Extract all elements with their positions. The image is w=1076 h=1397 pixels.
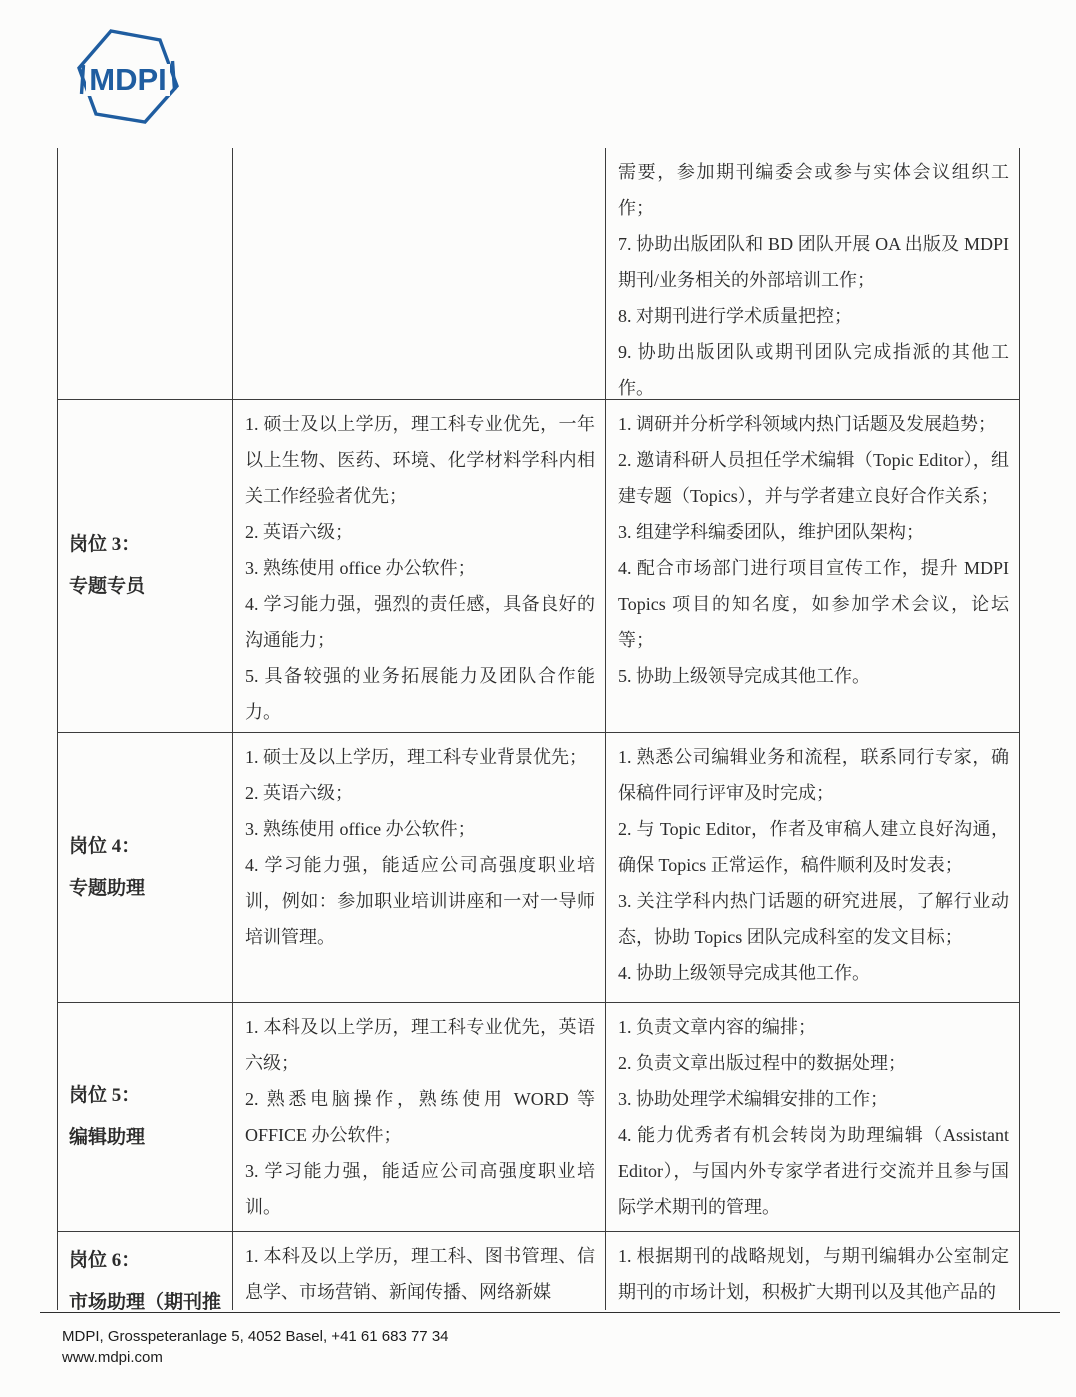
page-footer: MDPI, Grosspeteranlage 5, 4052 Basel, +4… xyxy=(62,1326,449,1368)
position-label: 岗位 5： xyxy=(69,1075,226,1117)
cell-duties: 1. 熟悉公司编辑业务和流程，联系同行专家，确保稿件同行评审及时完成；2. 与 … xyxy=(606,733,1019,1002)
cell-duties: 需要，参加期刊编委会或参与实体会议组织工作；7. 协助出版团队和 BD 团队开展… xyxy=(606,148,1019,399)
requirement-item: 1. 本科及以上学历，理工科专业优先，英语六级； xyxy=(245,1009,595,1081)
cell-requirements: 1. 硕士及以上学历，理工科专业背景优先；2. 英语六级；3. 熟练使用 off… xyxy=(233,733,606,1002)
requirement-item: 3. 熟练使用 office 办公软件； xyxy=(245,811,595,847)
cell-position: 岗位 6： 市场助理（期刊推 xyxy=(58,1232,233,1310)
table-row: 需要，参加期刊编委会或参与实体会议组织工作；7. 协助出版团队和 BD 团队开展… xyxy=(58,148,1019,400)
requirement-item: 4. 学习能力强，能适应公司高强度职业培训，例如：参加职业培训讲座和一对一导师培… xyxy=(245,847,595,955)
duty-item: 3. 关注学科内热门话题的研究进展，了解行业动态，协助 Topics 团队完成科… xyxy=(618,883,1009,955)
mdpi-logo-text: MDPI xyxy=(89,62,167,97)
footer-address: MDPI, Grosspeteranlage 5, 4052 Basel, +4… xyxy=(62,1326,449,1347)
duty-item: 2. 与 Topic Editor，作者及审稿人建立良好沟通，确保 Topics… xyxy=(618,811,1009,883)
mdpi-logo: MDPI xyxy=(60,28,196,126)
duty-item: 3. 组建学科编委团队，维护团队架构； xyxy=(618,514,1009,550)
cell-requirements: 1. 本科及以上学历，理工科、图书管理、信息学、市场营销、新闻传播、网络新媒 xyxy=(233,1232,606,1310)
position-label: 岗位 6： xyxy=(69,1240,226,1282)
cell-duties: 1. 根据期刊的战略规划，与期刊编辑办公室制定期刊的市场计划，积极扩大期刊以及其… xyxy=(606,1232,1019,1310)
duty-item: 1. 负责文章内容的编排； xyxy=(618,1009,1009,1045)
duty-item: 2. 邀请科研人员担任学术编辑（Topic Editor），组建专题（Topic… xyxy=(618,442,1009,514)
position-label: 岗位 4： xyxy=(69,826,226,868)
jobs-table: 需要，参加期刊编委会或参与实体会议组织工作；7. 协助出版团队和 BD 团队开展… xyxy=(57,148,1020,1310)
requirement-item: 2. 英语六级； xyxy=(245,514,595,550)
table-row: 岗位 5： 编辑助理 1. 本科及以上学历，理工科专业优先，英语六级；2. 熟悉… xyxy=(58,1003,1019,1232)
requirement-item: 1. 硕士及以上学历，理工科专业背景优先； xyxy=(245,739,595,775)
duty-item: 3. 协助处理学术编辑安排的工作； xyxy=(618,1081,1009,1117)
duty-item: 4. 配合市场部门进行项目宣传工作，提升 MDPI Topics 项目的知名度，… xyxy=(618,550,1009,658)
requirement-item: 4. 学习能力强，强烈的责任感，具备良好的沟通能力； xyxy=(245,586,595,658)
cell-requirements: 1. 本科及以上学历，理工科专业优先，英语六级；2. 熟悉电脑操作，熟练使用 W… xyxy=(233,1003,606,1231)
duty-item: 2. 负责文章出版过程中的数据处理； xyxy=(618,1045,1009,1081)
footer-divider xyxy=(40,1312,1060,1313)
requirement-item: 5. 具备较强的业务拓展能力及团队合作能力。 xyxy=(245,658,595,730)
footer-website-link[interactable]: www.mdpi.com xyxy=(62,1347,449,1368)
cell-duties: 1. 调研并分析学科领域内热门话题及发展趋势；2. 邀请科研人员担任学术编辑（T… xyxy=(606,400,1019,732)
position-title: 市场助理（期刊推 xyxy=(69,1282,226,1310)
cell-requirements xyxy=(233,148,606,399)
requirement-item: 1. 本科及以上学历，理工科、图书管理、信息学、市场营销、新闻传播、网络新媒 xyxy=(245,1238,595,1310)
cell-position: 岗位 3： 专题专员 xyxy=(58,400,233,732)
duty-item: 需要，参加期刊编委会或参与实体会议组织工作； xyxy=(618,154,1009,226)
table-row: 岗位 3： 专题专员 1. 硕士及以上学历，理工科专业优先，一年以上生物、医药、… xyxy=(58,400,1019,733)
cell-requirements: 1. 硕士及以上学历，理工科专业优先，一年以上生物、医药、环境、化学材料学科内相… xyxy=(233,400,606,732)
duty-item: 1. 调研并分析学科领域内热门话题及发展趋势； xyxy=(618,406,1009,442)
position-title: 编辑助理 xyxy=(69,1117,226,1159)
position-label: 岗位 3： xyxy=(69,524,226,566)
position-title: 专题专员 xyxy=(69,566,226,608)
duty-item: 1. 根据期刊的战略规划，与期刊编辑办公室制定期刊的市场计划，积极扩大期刊以及其… xyxy=(618,1238,1009,1310)
table-row: 岗位 6： 市场助理（期刊推 1. 本科及以上学历，理工科、图书管理、信息学、市… xyxy=(58,1232,1019,1310)
duty-item: 4. 协助上级领导完成其他工作。 xyxy=(618,955,1009,991)
duty-item: 1. 熟悉公司编辑业务和流程，联系同行专家，确保稿件同行评审及时完成； xyxy=(618,739,1009,811)
requirement-item: 3. 学习能力强，能适应公司高强度职业培训。 xyxy=(245,1153,595,1225)
cell-position xyxy=(58,148,233,399)
duty-item: 4. 能力优秀者有机会转岗为助理编辑（Assistant Editor），与国内… xyxy=(618,1117,1009,1225)
cell-duties: 1. 负责文章内容的编排；2. 负责文章出版过程中的数据处理；3. 协助处理学术… xyxy=(606,1003,1019,1231)
requirement-item: 3. 熟练使用 office 办公软件； xyxy=(245,550,595,586)
position-title: 专题助理 xyxy=(69,868,226,910)
requirement-item: 1. 硕士及以上学历，理工科专业优先，一年以上生物、医药、环境、化学材料学科内相… xyxy=(245,406,595,514)
duty-item: 8. 对期刊进行学术质量把控； xyxy=(618,298,1009,334)
duty-item: 9. 协助出版团队或期刊团队完成指派的其他工作。 xyxy=(618,334,1009,399)
mdpi-hexagon-icon: MDPI xyxy=(60,28,196,126)
requirement-item: 2. 熟悉电脑操作，熟练使用 WORD 等 OFFICE 办公软件； xyxy=(245,1081,595,1153)
cell-position: 岗位 5： 编辑助理 xyxy=(58,1003,233,1231)
table-row: 岗位 4： 专题助理 1. 硕士及以上学历，理工科专业背景优先；2. 英语六级；… xyxy=(58,733,1019,1003)
duty-item: 7. 协助出版团队和 BD 团队开展 OA 出版及 MDPI 期刊/业务相关的外… xyxy=(618,226,1009,298)
cell-position: 岗位 4： 专题助理 xyxy=(58,733,233,1002)
document-page: MDPI 需要，参加期刊编委会或参与实体会议组织工作；7. 协助出版团队和 BD… xyxy=(0,0,1076,1397)
duty-item: 5. 协助上级领导完成其他工作。 xyxy=(618,658,1009,694)
requirement-item: 2. 英语六级； xyxy=(245,775,595,811)
